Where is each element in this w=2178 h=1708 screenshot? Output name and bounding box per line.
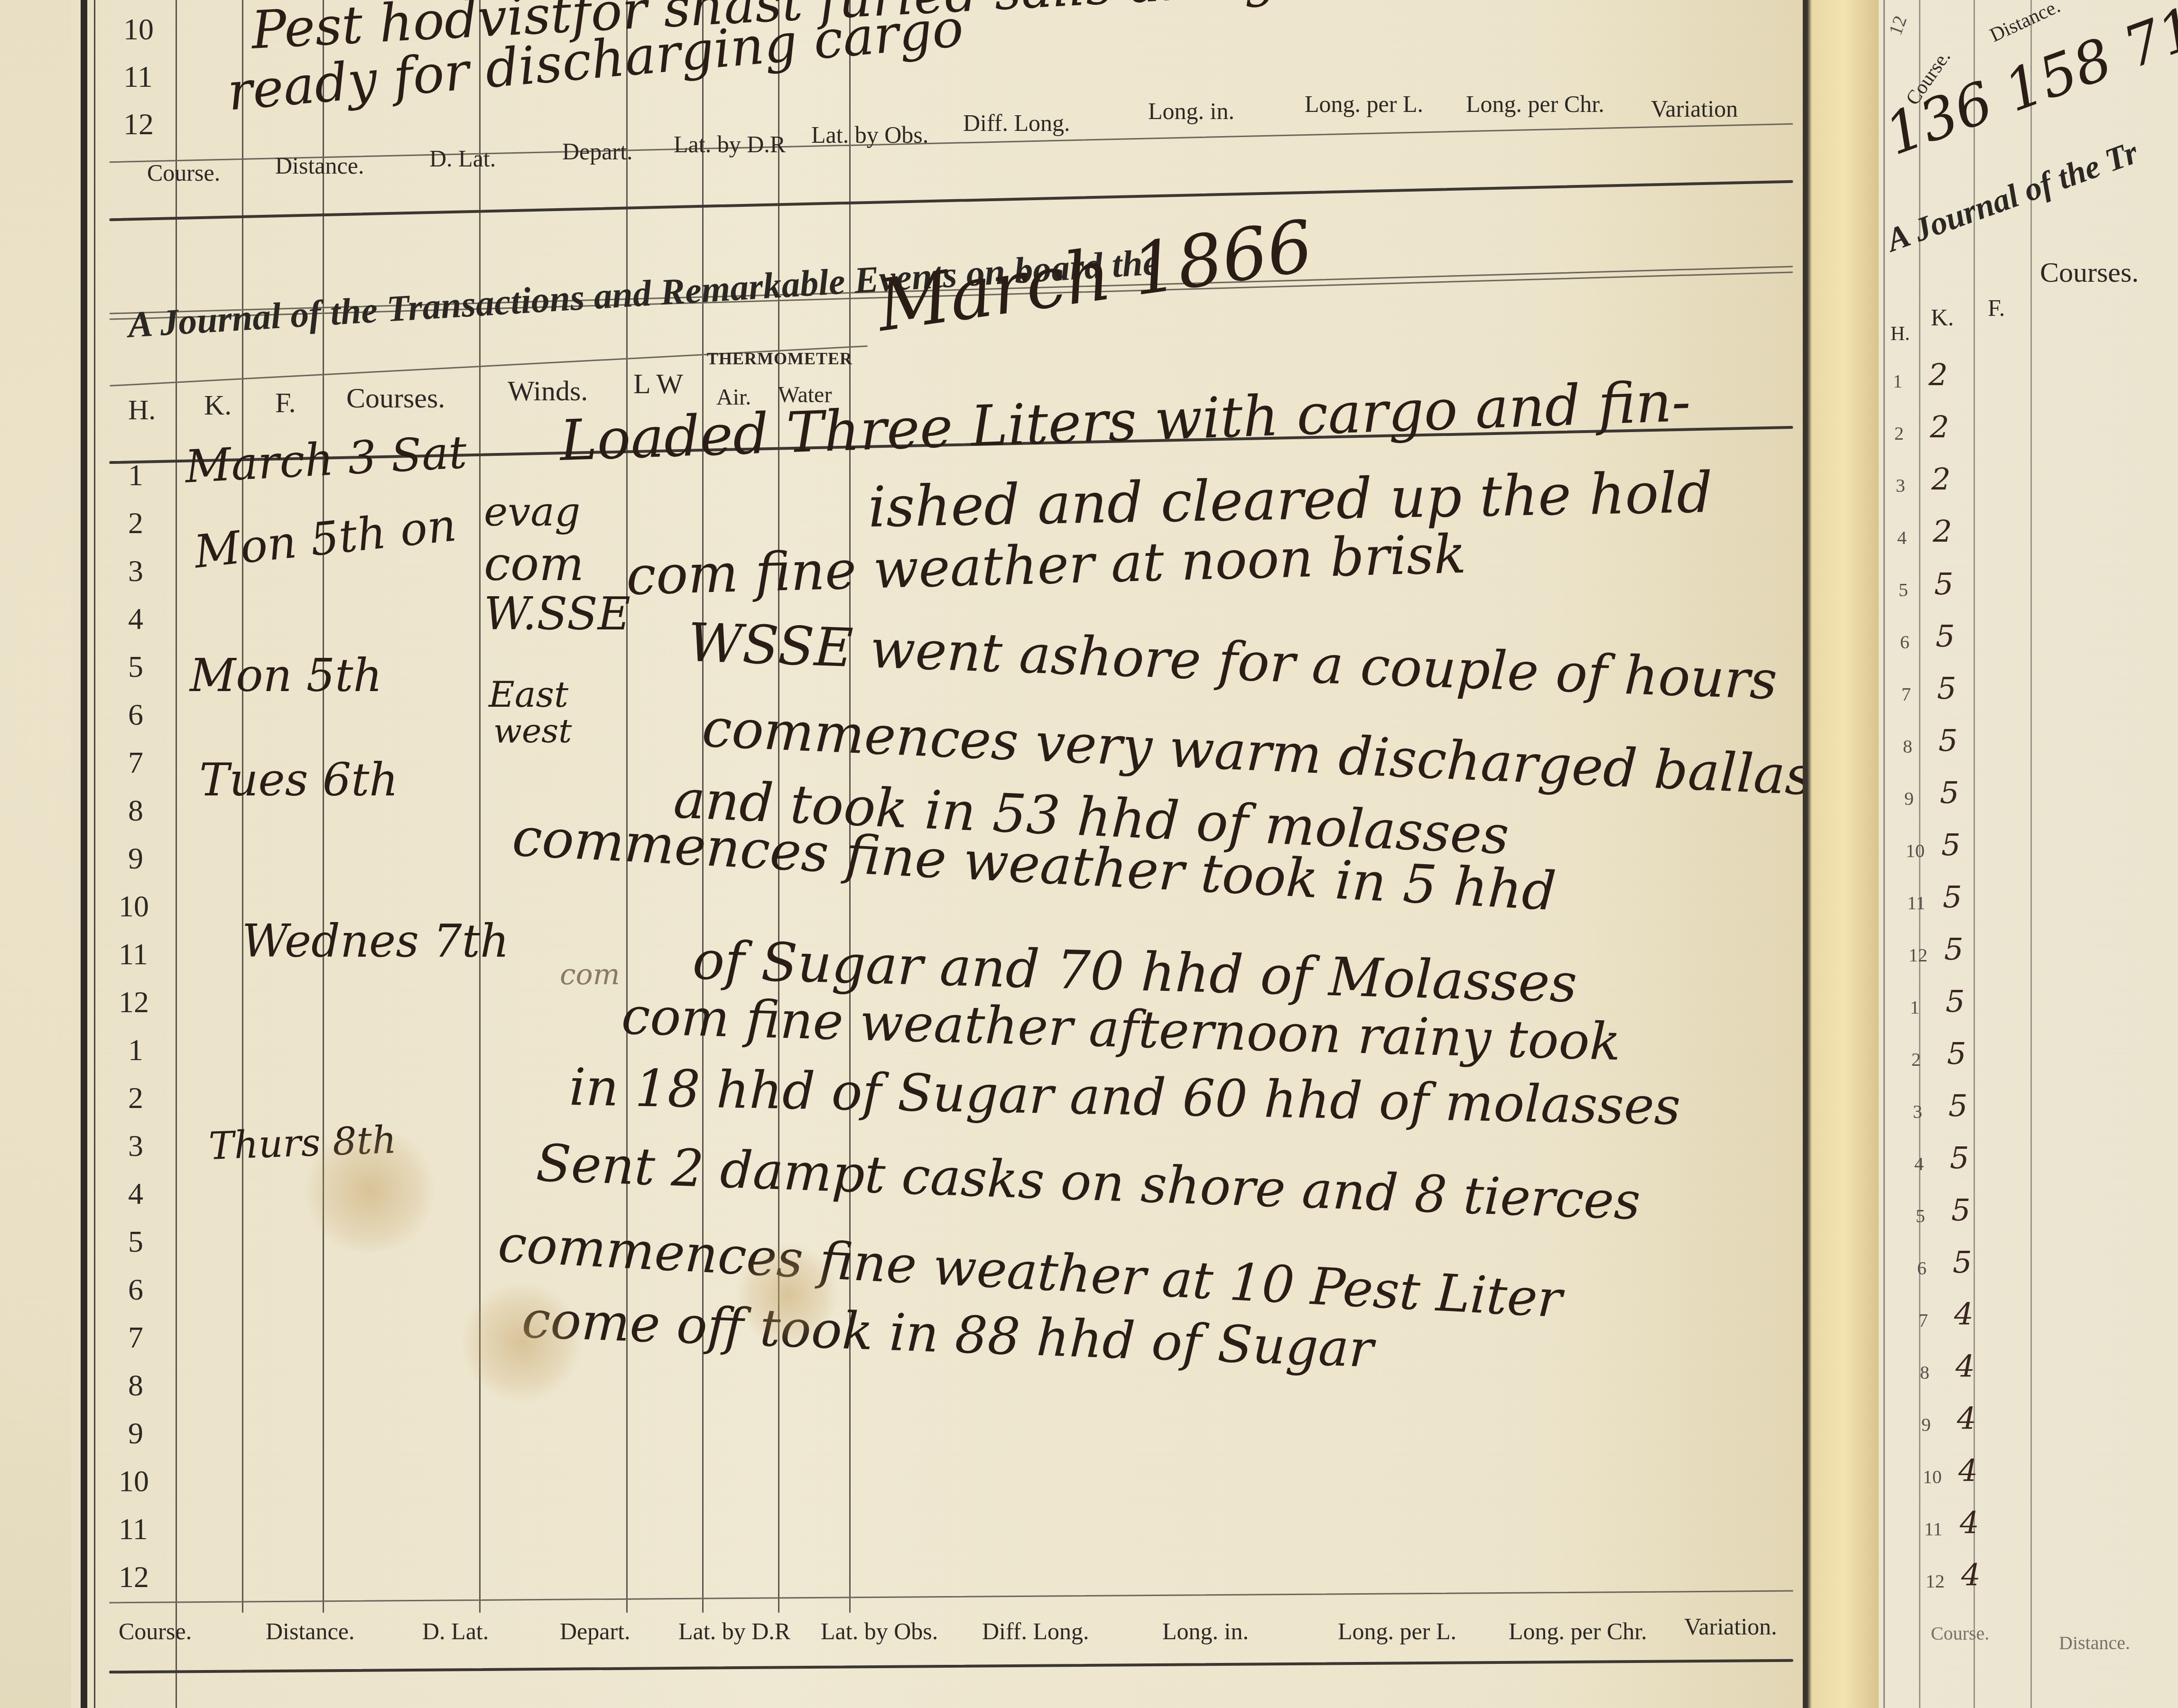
right-hour-label: 4 (1897, 526, 1907, 549)
hour-label: 9 (128, 1416, 143, 1451)
wind-note: com (484, 536, 584, 591)
right-hour-label: 9 (1921, 1413, 1931, 1436)
right-k-value: 5 (1943, 880, 1962, 915)
hour-label: 6 (128, 1272, 143, 1307)
right-hour-label: 7 (1901, 683, 1911, 705)
day-note: March 3 Sat (184, 426, 468, 493)
right-hour-label: 11 (1907, 892, 1926, 914)
col-rule (626, 0, 628, 1613)
right-k-value: 5 (1936, 619, 1955, 654)
summary-header-long-per-chr: Long. per Chr. (1466, 90, 1604, 118)
paper-stain (299, 1129, 441, 1252)
day-note: Mon 5th on (192, 499, 459, 578)
summary-header-depart: Depart. (562, 138, 633, 165)
col-rule (1974, 0, 1975, 1708)
hour-label: 10 (119, 1464, 149, 1499)
bottom-header-long-per-chr: Long. per Chr. (1509, 1617, 1647, 1645)
wind-note: west (493, 711, 572, 750)
faint-margin-note: com (560, 958, 620, 991)
bottom-header-diff-long: Diff. Long. (982, 1617, 1089, 1645)
col-rule (242, 0, 243, 1613)
day-note: Tues 6th (199, 754, 399, 806)
right-k-value: 5 (1946, 984, 1965, 1019)
remark-line: com fine weather at noon brisk (625, 524, 1466, 607)
summary-header-dlat: D. Lat. (429, 145, 496, 172)
header-courses: Courses. (346, 382, 445, 415)
wind-note: East (489, 674, 568, 715)
right-k-value: 4 (1958, 1454, 1978, 1489)
right-k-value: 5 (1941, 828, 1961, 863)
right-header-courses: Courses. (2040, 256, 2139, 289)
col-rule (1883, 0, 1885, 1708)
remark-line: Sent 2 dampt casks on shore and 8 tierce… (535, 1134, 1641, 1231)
right-k-value: 5 (1953, 1245, 1972, 1280)
right-k-value: 4 (1956, 1349, 1975, 1385)
right-k-value: 5 (1947, 1036, 1966, 1071)
hour-label: 12 (119, 985, 149, 1020)
right-hour-label: 7 (1918, 1309, 1928, 1331)
right-hour-label: 3 (1913, 1100, 1922, 1123)
hour-label: 2 (128, 1080, 143, 1116)
right-hour-label: 6 (1917, 1257, 1927, 1279)
right-header-h: H. (1891, 323, 1910, 345)
bottom-header-distance: Distance. (266, 1617, 354, 1645)
hour-label: 7 (128, 745, 143, 780)
right-k-value: 5 (1944, 932, 1964, 967)
hour-label: 12 (123, 107, 154, 142)
col-rule (176, 0, 177, 1708)
right-hour-label: 5 (1916, 1205, 1925, 1227)
header-winds: Winds. (508, 375, 588, 407)
right-hour-label: 2 (1894, 422, 1904, 444)
bottom-header-lat-dr: Lat. by D.R (678, 1617, 790, 1645)
right-k-value: 4 (1957, 1402, 1976, 1437)
hour-label: 5 (128, 1224, 143, 1259)
day-note: Wednes 7th (242, 915, 509, 968)
right-bottom-header-distance: Distance. (2059, 1632, 2130, 1654)
right-k-value: 5 (1950, 1141, 1969, 1176)
header-f: F. (275, 387, 296, 419)
right-hour-label: 10 (1906, 840, 1925, 862)
header-thermometer: THERMOMETER (707, 349, 853, 369)
journal-date: March 1866 (872, 205, 1318, 348)
right-hour-label: 12 (1926, 1570, 1945, 1592)
right-k-value: 5 (1934, 567, 1954, 602)
hour-label: 4 (128, 601, 143, 637)
right-k-value: 2 (1931, 462, 1951, 498)
right-hour-label: 3 (1896, 474, 1905, 497)
right-page: 12 Course. Distance. 136 158 71 A Journa… (1879, 0, 2178, 1708)
right-hour-label: 4 (1914, 1153, 1924, 1175)
right-k-value: 4 (1961, 1558, 1981, 1593)
hour-label: 5 (128, 649, 143, 684)
right-hour-label: 10 (1923, 1466, 1942, 1488)
bottom-header-variation: Variation. (1684, 1613, 1777, 1640)
remark-line: in 18 hhd of Sugar and 60 hhd of molasse… (569, 1058, 1681, 1136)
right-k-value: 4 (1954, 1297, 1974, 1332)
summary-header-diff-long: Diff. Long. (963, 109, 1070, 137)
bottom-header-long-in: Long. in. (1162, 1617, 1249, 1645)
right-top-header-distance: Distance. (1986, 0, 2064, 47)
hour-label: 9 (128, 841, 143, 876)
right-k-value: 5 (1940, 776, 1959, 811)
right-k-value: 2 (1928, 358, 1948, 393)
col-rule (323, 0, 324, 1613)
hour-label: 1 (128, 1033, 143, 1068)
rule (109, 180, 1793, 222)
hour-label: 2 (128, 506, 143, 541)
hour-label: 10 (119, 889, 149, 924)
summary-header-lat-obs: Lat. by Obs. (811, 121, 928, 148)
summary-header-variation: Variation (1651, 95, 1738, 122)
summary-header-long-in: Long. in. (1148, 97, 1234, 125)
bottom-header-dlat: D. Lat. (422, 1617, 489, 1645)
summary-header-course: Course. (147, 159, 220, 186)
paper-stain (735, 1243, 840, 1347)
right-k-value: 5 (1938, 723, 1958, 758)
hour-label: 4 (128, 1176, 143, 1211)
right-hour-label: 8 (1920, 1361, 1929, 1384)
hour-label: 1 (128, 458, 143, 493)
right-bottom-header-course: Course. (1931, 1622, 1989, 1644)
right-hour-label: 11 (1924, 1518, 1943, 1540)
hour-label: 11 (119, 937, 148, 972)
hour-label: 6 (128, 697, 143, 732)
bottom-header-depart: Depart. (560, 1617, 630, 1645)
right-hour-label: 5 (1899, 579, 1908, 601)
header-k: K. (204, 389, 232, 422)
right-hour-label: 2 (1911, 1048, 1921, 1071)
right-k-value: 4 (1960, 1506, 1979, 1541)
rule (109, 1659, 1793, 1674)
hour-label: 8 (128, 793, 143, 828)
right-k-value: 5 (1948, 1089, 1968, 1124)
left-page: 10 11 12 Pest hodvistfor shast furled sa… (71, 0, 1803, 1708)
summary-header-lat-dr: Lat. by D.R (674, 130, 786, 158)
right-k-value: 2 (1930, 410, 1949, 445)
hour-label: 3 (128, 1128, 143, 1163)
paper-stain (460, 1281, 584, 1404)
summary-header-distance: Distance. (275, 152, 364, 179)
header-h: H. (128, 394, 156, 426)
book-gutter (1803, 0, 1879, 1708)
right-hour-label: 12 (1909, 944, 1928, 966)
right-hour-label: 9 (1904, 787, 1914, 810)
right-hour-label: 8 (1903, 735, 1912, 757)
header-lw: L W (633, 368, 683, 400)
col-rule (2030, 0, 2032, 1708)
hour-label: 11 (123, 59, 153, 94)
hour-label: 11 (119, 1512, 148, 1547)
right-k-value: 5 (1937, 671, 1956, 706)
day-note: Mon 5th (190, 650, 382, 702)
wind-note: W.SSE (484, 588, 630, 640)
right-header-k: K. (1931, 304, 1954, 331)
summary-header-long-per-l: Long. per L. (1305, 90, 1423, 118)
wind-note: evag (484, 489, 580, 535)
right-hour-label: 1 (1910, 996, 1919, 1018)
bottom-header-course: Course. (119, 1617, 192, 1645)
right-k-value: 2 (1933, 515, 1952, 550)
hour-label: 10 (123, 12, 154, 47)
bottom-header-long-per-l: Long. per L. (1338, 1617, 1456, 1645)
right-k-value: 5 (1951, 1193, 1971, 1228)
right-header-f: F. (1988, 294, 2005, 322)
hour-label: 12 (119, 1560, 149, 1595)
hour-label: 3 (128, 554, 143, 589)
bottom-header-lat-obs: Lat. by Obs. (821, 1617, 938, 1645)
hour-label: 8 (128, 1368, 143, 1403)
hour-label: 7 (128, 1320, 143, 1355)
right-top-hour: 12 (1884, 13, 1911, 38)
rule (109, 1590, 1793, 1604)
right-hour-label: 1 (1893, 370, 1902, 392)
right-hour-label: 6 (1900, 631, 1909, 653)
